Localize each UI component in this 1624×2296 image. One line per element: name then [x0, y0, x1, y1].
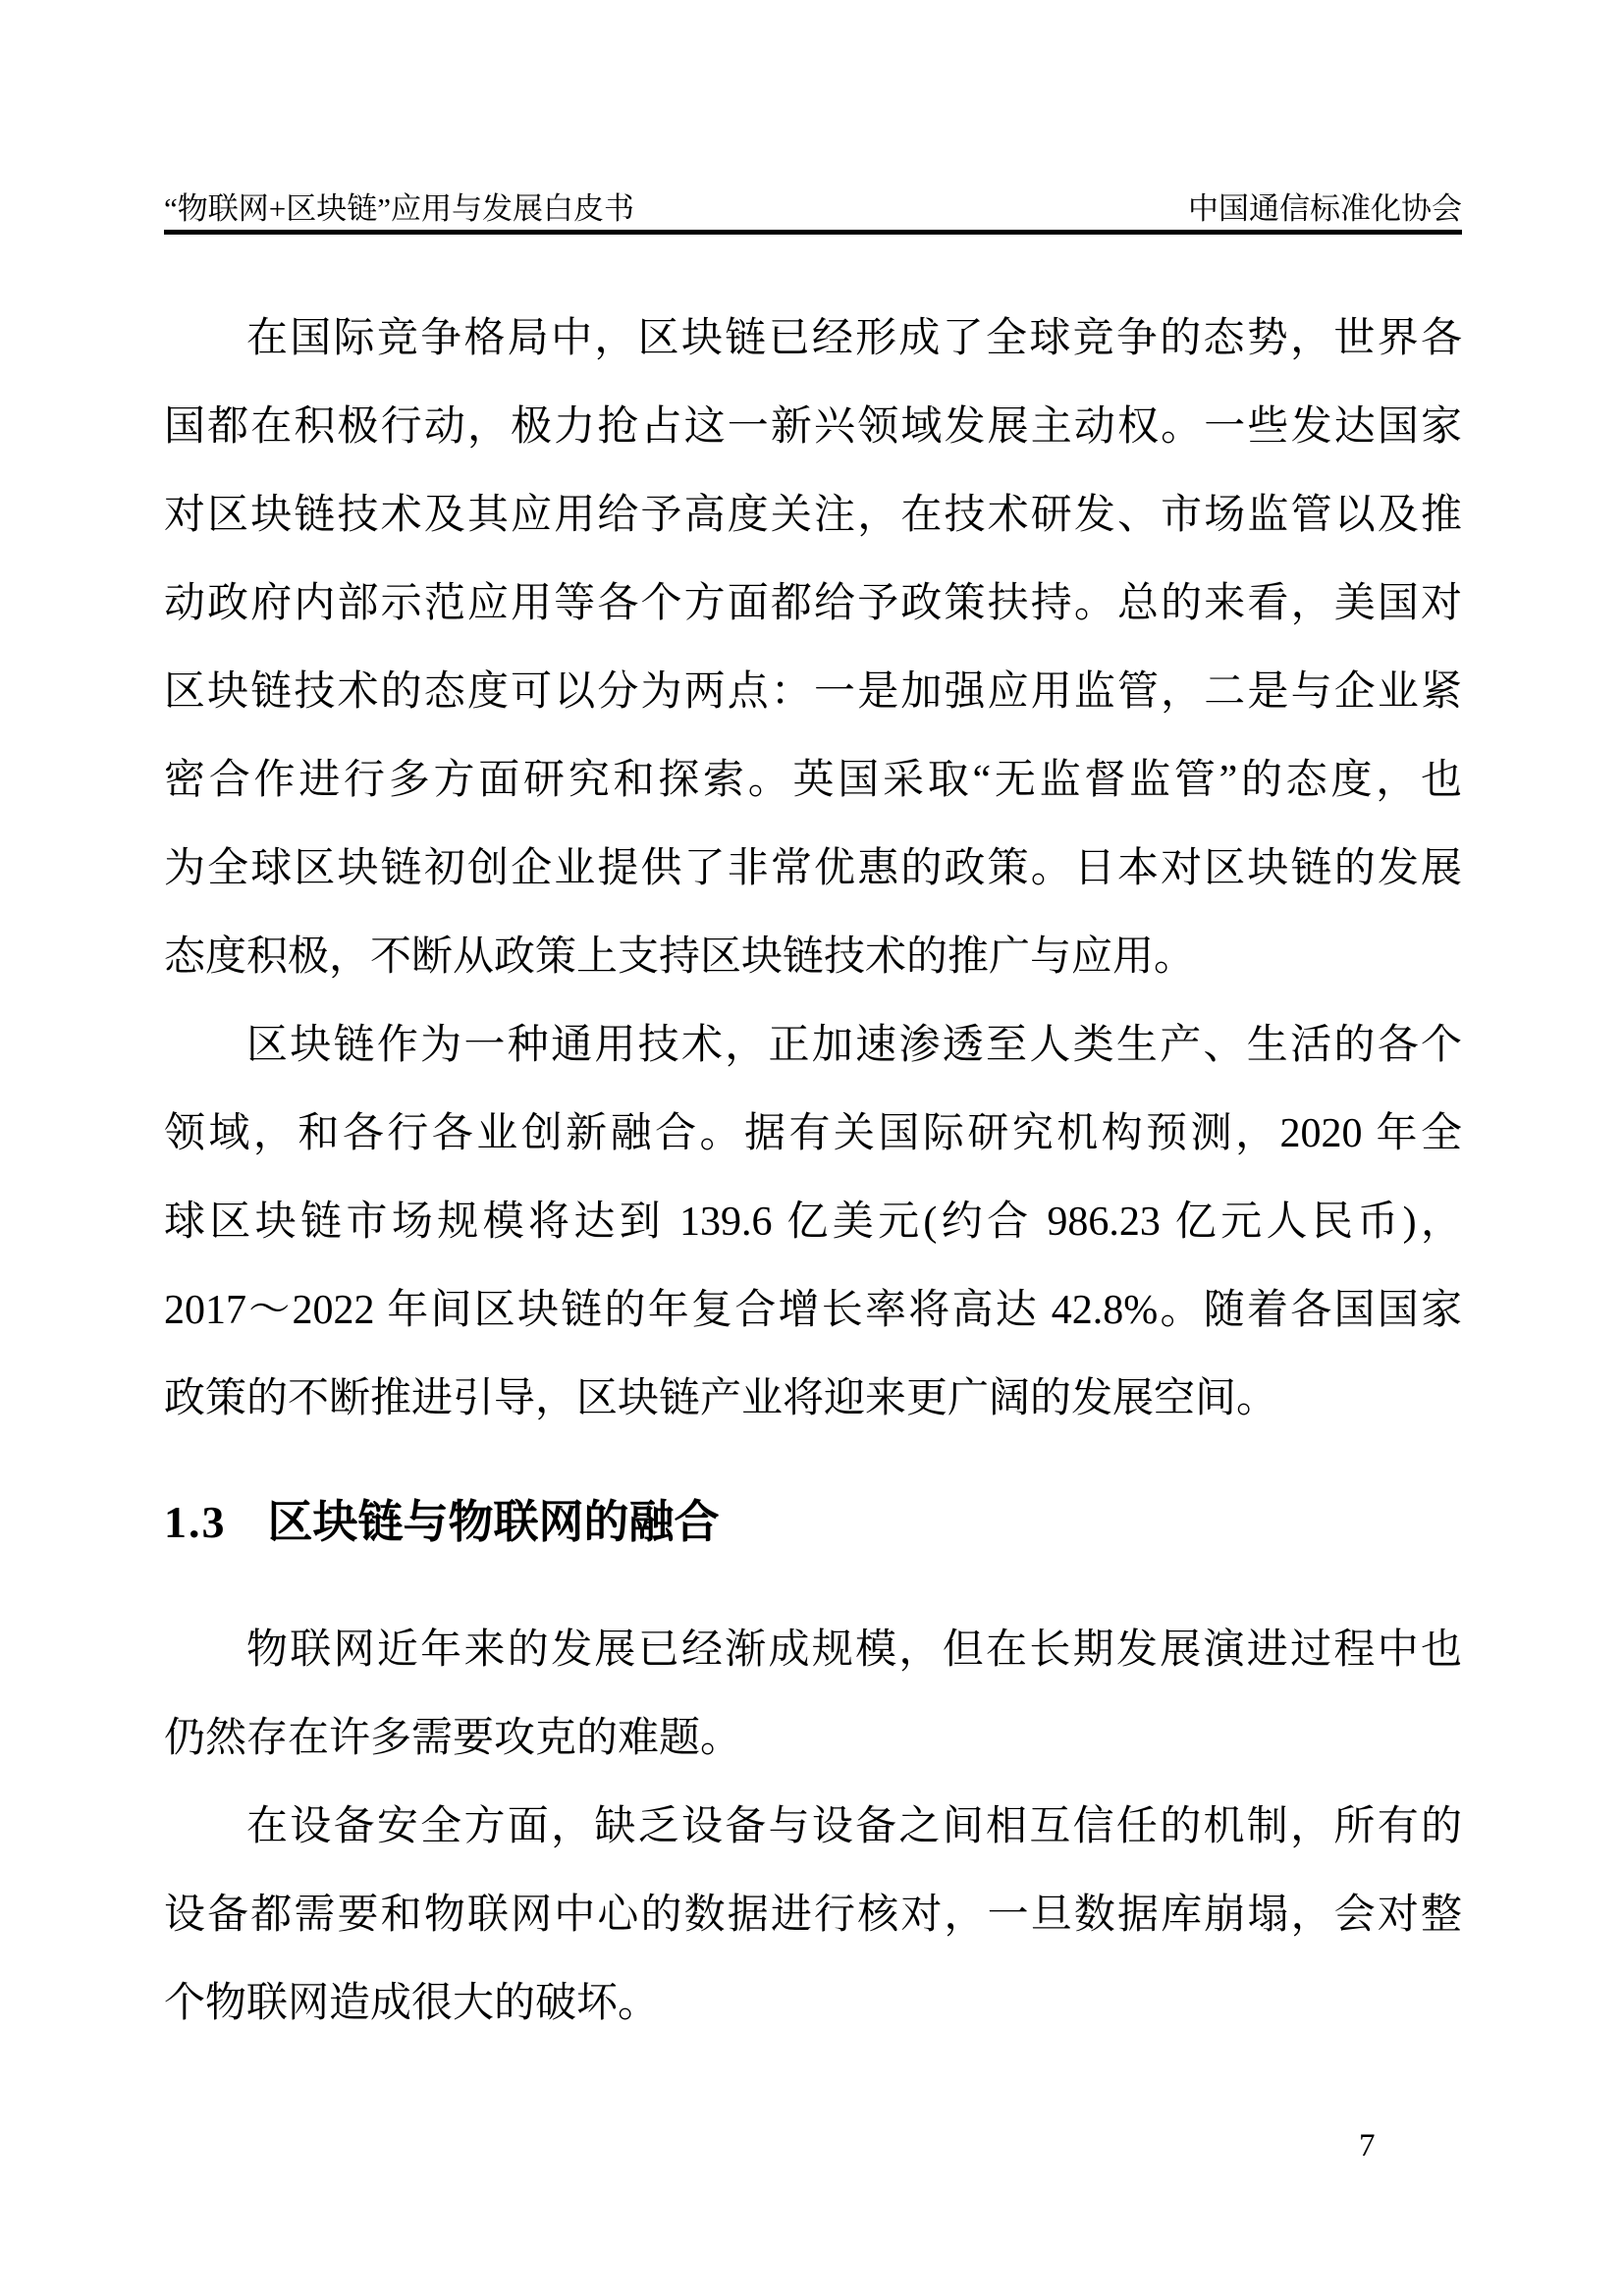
- text-line: 区块链技术的态度可以分为两点：一是加强应用监管，二是与企业紧: [164, 648, 1462, 736]
- paragraph-international-competition: 在国际竞争格局中，区块链已经形成了全球竞争的态势，世界各 国都在积极行动，极力抢…: [164, 294, 1462, 1001]
- text-line: 政策的不断推进引导，区块链产业将迎来更广阔的发展空间。: [164, 1355, 1462, 1443]
- text-line: 领域，和各行各业创新融合。据有关国际研究机构预测，2020 年全: [164, 1090, 1462, 1178]
- paragraph-iot-development: 物联网近年来的发展已经渐成规模，但在长期发展演进过程中也 仍然存在许多需要攻克的…: [164, 1606, 1462, 1783]
- header-organization: 中国通信标准化协会: [1188, 190, 1462, 228]
- page-header: “物联网+区块链”应用与发展白皮书 中国通信标准化协会: [164, 190, 1462, 228]
- text-line: 球区块链市场规模将达到 139.6 亿美元(约合 986.23 亿元人民币)，: [164, 1178, 1462, 1266]
- text-line: 动政府内部示范应用等各个方面都给予政策扶持。总的来看，美国对: [164, 560, 1462, 648]
- document-page: “物联网+区块链”应用与发展白皮书 中国通信标准化协会 在国际竞争格局中，区块链…: [0, 0, 1624, 2296]
- section-heading: 1.3 区块链与物联网的融合: [164, 1478, 1462, 1567]
- paragraph-device-security: 在设备安全方面，缺乏设备与设备之间相互信任的机制，所有的 设备都需要和物联网中心…: [164, 1783, 1462, 2048]
- document-body: 在国际竞争格局中，区块链已经形成了全球竞争的态势，世界各 国都在积极行动，极力抢…: [164, 294, 1462, 2048]
- text-line: 国都在积极行动，极力抢占这一新兴领域发展主动权。一些发达国家: [164, 383, 1462, 471]
- header-doc-title: “物联网+区块链”应用与发展白皮书: [164, 190, 634, 228]
- text-line: 个物联网造成很大的破坏。: [164, 1959, 1462, 2048]
- text-line: 为全球区块链初创企业提供了非常优惠的政策。日本对区块链的发展: [164, 825, 1462, 913]
- header-rule: [164, 230, 1462, 235]
- section-title: 区块链与物联网的融合: [268, 1478, 720, 1567]
- page-number: 7: [1359, 2126, 1376, 2165]
- text-line: 在国际竞争格局中，区块链已经形成了全球竞争的态势，世界各: [164, 294, 1462, 383]
- text-line: 设备都需要和物联网中心的数据进行核对，一旦数据库崩塌，会对整: [164, 1871, 1462, 1959]
- paragraph-market-forecast: 区块链作为一种通用技术，正加速渗透至人类生产、生活的各个 领域，和各行各业创新融…: [164, 1001, 1462, 1443]
- text-line: 区块链作为一种通用技术，正加速渗透至人类生产、生活的各个: [164, 1001, 1462, 1090]
- section-number: 1.3: [164, 1478, 227, 1567]
- text-line: 密合作进行多方面研究和探索。英国采取“无监督监管”的态度，也: [164, 736, 1462, 825]
- text-line: 态度积极，不断从政策上支持区块链技术的推广与应用。: [164, 913, 1462, 1001]
- text-line: 物联网近年来的发展已经渐成规模，但在长期发展演进过程中也: [164, 1606, 1462, 1694]
- text-line: 对区块链技术及其应用给予高度关注，在技术研发、市场监管以及推: [164, 471, 1462, 560]
- text-line: 2017～2022 年间区块链的年复合增长率将高达 42.8%。随着各国国家: [164, 1266, 1462, 1355]
- text-line: 仍然存在许多需要攻克的难题。: [164, 1694, 1462, 1783]
- text-line: 在设备安全方面，缺乏设备与设备之间相互信任的机制，所有的: [164, 1783, 1462, 1871]
